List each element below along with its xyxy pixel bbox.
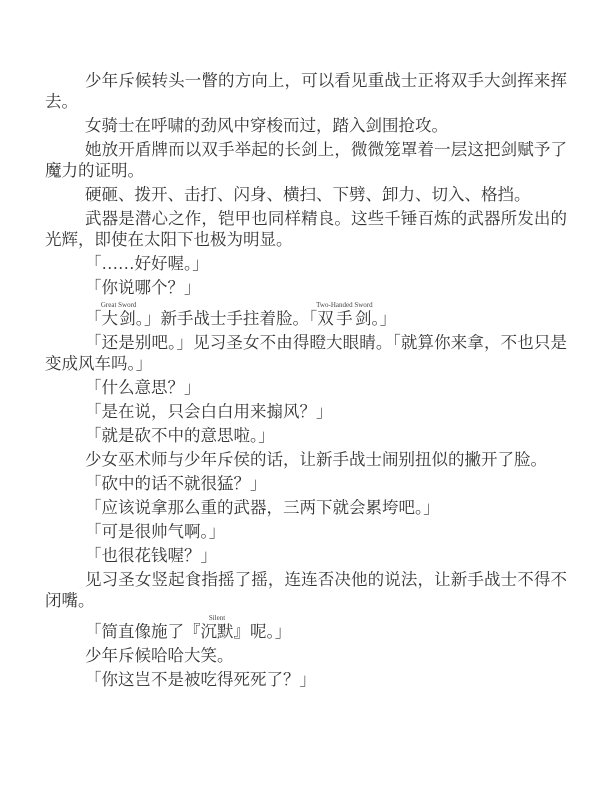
- paragraph: 女骑士在呼啸的劲风中穿梭而过，踏入剑围抢攻。: [45, 115, 567, 136]
- ruby-gloss-text: Silent: [201, 614, 234, 622]
- ruby-annotation: 双手剑Two-Handed Sword: [317, 309, 371, 328]
- ruby-annotation: 大剑Great Sword: [102, 309, 136, 328]
- text-content: 少年斥候转头一瞥的方向上，可以看见重战士正将双手大剑挥来挥去。女骑士在呼啸的劲风…: [45, 70, 567, 690]
- paragraph: 「就是砍不中的意思啦。」: [45, 425, 567, 446]
- ruby-gloss-text: Great Sword: [101, 301, 137, 309]
- ruby-base-text: 沉默: [201, 622, 234, 641]
- ruby-gloss-text: Two-Handed Sword: [316, 301, 372, 309]
- paragraph: 「可是很帅气啊。」: [45, 521, 567, 542]
- paragraph: 「大剑Great Sword。」新手战士手拄着脸。「双手剑Two-Handed …: [45, 301, 567, 329]
- ruby-base-text: 双手剑: [316, 309, 372, 328]
- paragraph: 硬砸、拨开、击打、闪身、横扫、下劈、卸力、切入、格挡。: [45, 184, 567, 205]
- paragraph: 「还是别吧。」见习圣女不由得瞪大眼睛。「就算你来拿，不也只是变成风车吗。」: [45, 332, 567, 374]
- paragraph: 少年斥候转头一瞥的方向上，可以看见重战士正将双手大剑挥来挥去。: [45, 70, 567, 112]
- paragraph: 「你说哪个？」: [45, 277, 567, 298]
- paragraph: 「是在说，只会白白用来搧风？」: [45, 401, 567, 422]
- document-page: 少年斥候转头一瞥的方向上，可以看见重战士正将双手大剑挥来挥去。女骑士在呼啸的劲风…: [0, 0, 612, 792]
- paragraph: 「什么意思？」: [45, 377, 567, 398]
- paragraph: 「也很花钱喔？」: [45, 545, 567, 566]
- paragraph: 她放开盾牌而以双手举起的长剑上，微微笼罩着一层这把剑赋予了魔力的证明。: [45, 139, 567, 181]
- paragraph: 「应该说拿那么重的武器，三两下就会累垮吧。」: [45, 497, 567, 518]
- paragraph: 见习圣女竖起食指摇了摇，连连否决他的说法，让新手战士不得不闭嘴。: [45, 569, 567, 611]
- paragraph: 武器是潜心之作，铠甲也同样精良。这些千锤百炼的武器所发出的光辉，即使在太阳下也极…: [45, 208, 567, 250]
- paragraph: 「简直像施了『沉默Silent』呢。」: [45, 614, 567, 642]
- ruby-annotation: 沉默Silent: [201, 622, 234, 641]
- ruby-base-text: 大剑: [101, 309, 137, 328]
- paragraph: 「你这岂不是被吃得死死了？」: [45, 669, 567, 690]
- paragraph: 少女巫术师与少年斥侯的话，让新手战士闹别扭似的撇开了脸。: [45, 449, 567, 470]
- paragraph: 「……好好喔。」: [45, 253, 567, 274]
- paragraph: 少年斥候哈哈大笑。: [45, 645, 567, 666]
- paragraph: 「砍中的话不就很猛？」: [45, 473, 567, 494]
